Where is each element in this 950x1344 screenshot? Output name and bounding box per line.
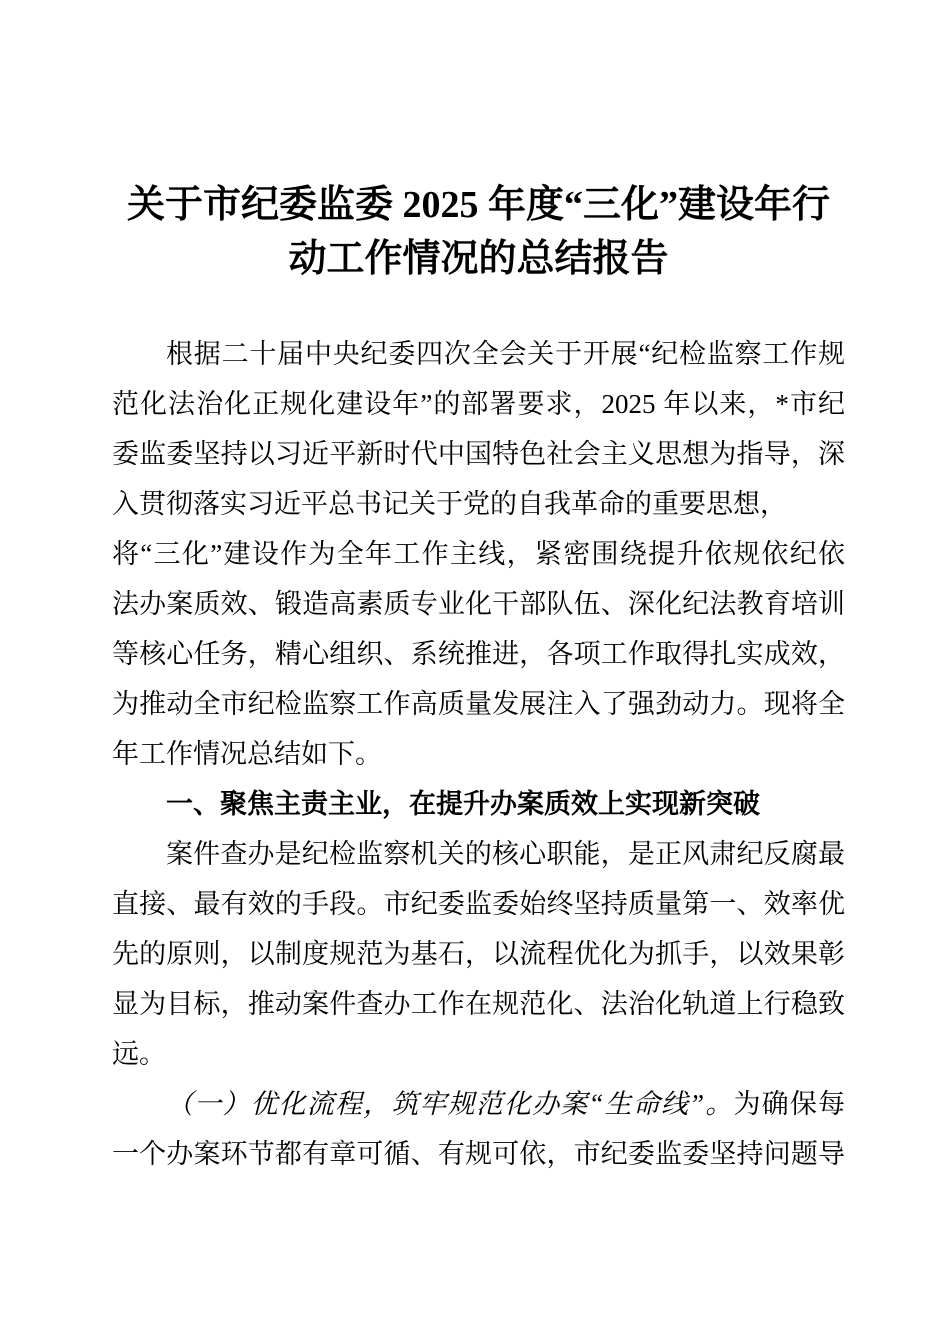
text-line: 案件查办是纪检监察机关的核心职能，是正风肃纪反腐最 <box>112 829 845 879</box>
section-heading-1: 一、聚焦主责主业，在提升办案质效上实现新突破 <box>112 779 845 829</box>
document-content: 关于市纪委监委 2025 年度“三化”建设年行 动工作情况的总结报告 根据二十届… <box>112 178 845 1179</box>
text-line: 一、聚焦主责主业，在提升办案质效上实现新突破 <box>112 779 845 829</box>
text-line: （一）优化流程，筑牢规范化办案“生命线”。为确保每 <box>112 1079 845 1129</box>
text-run-kai: （一）优化流程，筑牢规范化办案“生命线”。 <box>166 1089 734 1119</box>
text-line: 显为目标，推动案件查办工作在规范化、法治化轨道上行稳致 <box>112 979 845 1029</box>
title-line-2: 动工作情况的总结报告 <box>112 232 845 286</box>
text-line: 先的原则，以制度规范为基石，以流程优化为抓手，以效果彰 <box>112 929 845 979</box>
text-line: 委监委坚持以习近平新时代中国特色社会主义思想为指导，深 <box>112 429 845 479</box>
text-line: 远。 <box>112 1029 845 1079</box>
text-line: 直接、最有效的手段。市纪委监委始终坚持质量第一、效率优 <box>112 879 845 929</box>
text-line: 范化法治化正规化建设年”的部署要求，2025 年以来，*市纪 <box>112 379 845 429</box>
text-line: 将“三化”建设作为全年工作主线，紧密围绕提升依规依纪依 <box>112 529 845 579</box>
case-handling-paragraph: 案件查办是纪检监察机关的核心职能，是正风肃纪反腐最直接、最有效的手段。市纪委监委… <box>112 829 845 1079</box>
document-body: 根据二十届中央纪委四次全会关于开展“纪检监察工作规范化法治化正规化建设年”的部署… <box>112 329 845 1179</box>
text-line: 等核心任务，精心组织、系统推进，各项工作取得扎实成效， <box>112 629 845 679</box>
text-line: 一个办案环节都有章可循、有规可依，市纪委监委坚持问题导 <box>112 1129 845 1179</box>
text-line: 年工作情况总结如下。 <box>112 729 845 779</box>
intro-paragraph: 根据二十届中央纪委四次全会关于开展“纪检监察工作规范化法治化正规化建设年”的部署… <box>112 329 845 779</box>
text-run-normal: 为确保每 <box>734 1089 846 1119</box>
document-title: 关于市纪委监委 2025 年度“三化”建设年行 动工作情况的总结报告 <box>112 178 845 286</box>
text-line: 为推动全市纪检监察工作高质量发展注入了强劲动力。现将全 <box>112 679 845 729</box>
title-line-1: 关于市纪委监委 2025 年度“三化”建设年行 <box>112 178 845 232</box>
text-line: 根据二十届中央纪委四次全会关于开展“纪检监察工作规 <box>112 329 845 379</box>
text-line: 法办案质效、锻造高素质专业化干部队伍、深化纪法教育培训 <box>112 579 845 629</box>
document-page: 关于市纪委监委 2025 年度“三化”建设年行 动工作情况的总结报告 根据二十届… <box>0 0 950 1344</box>
subsection-1-paragraph: （一）优化流程，筑牢规范化办案“生命线”。为确保每一个办案环节都有章可循、有规可… <box>112 1079 845 1179</box>
text-line: 入贯彻落实习近平总书记关于党的自我革命的重要思想， <box>112 479 845 529</box>
